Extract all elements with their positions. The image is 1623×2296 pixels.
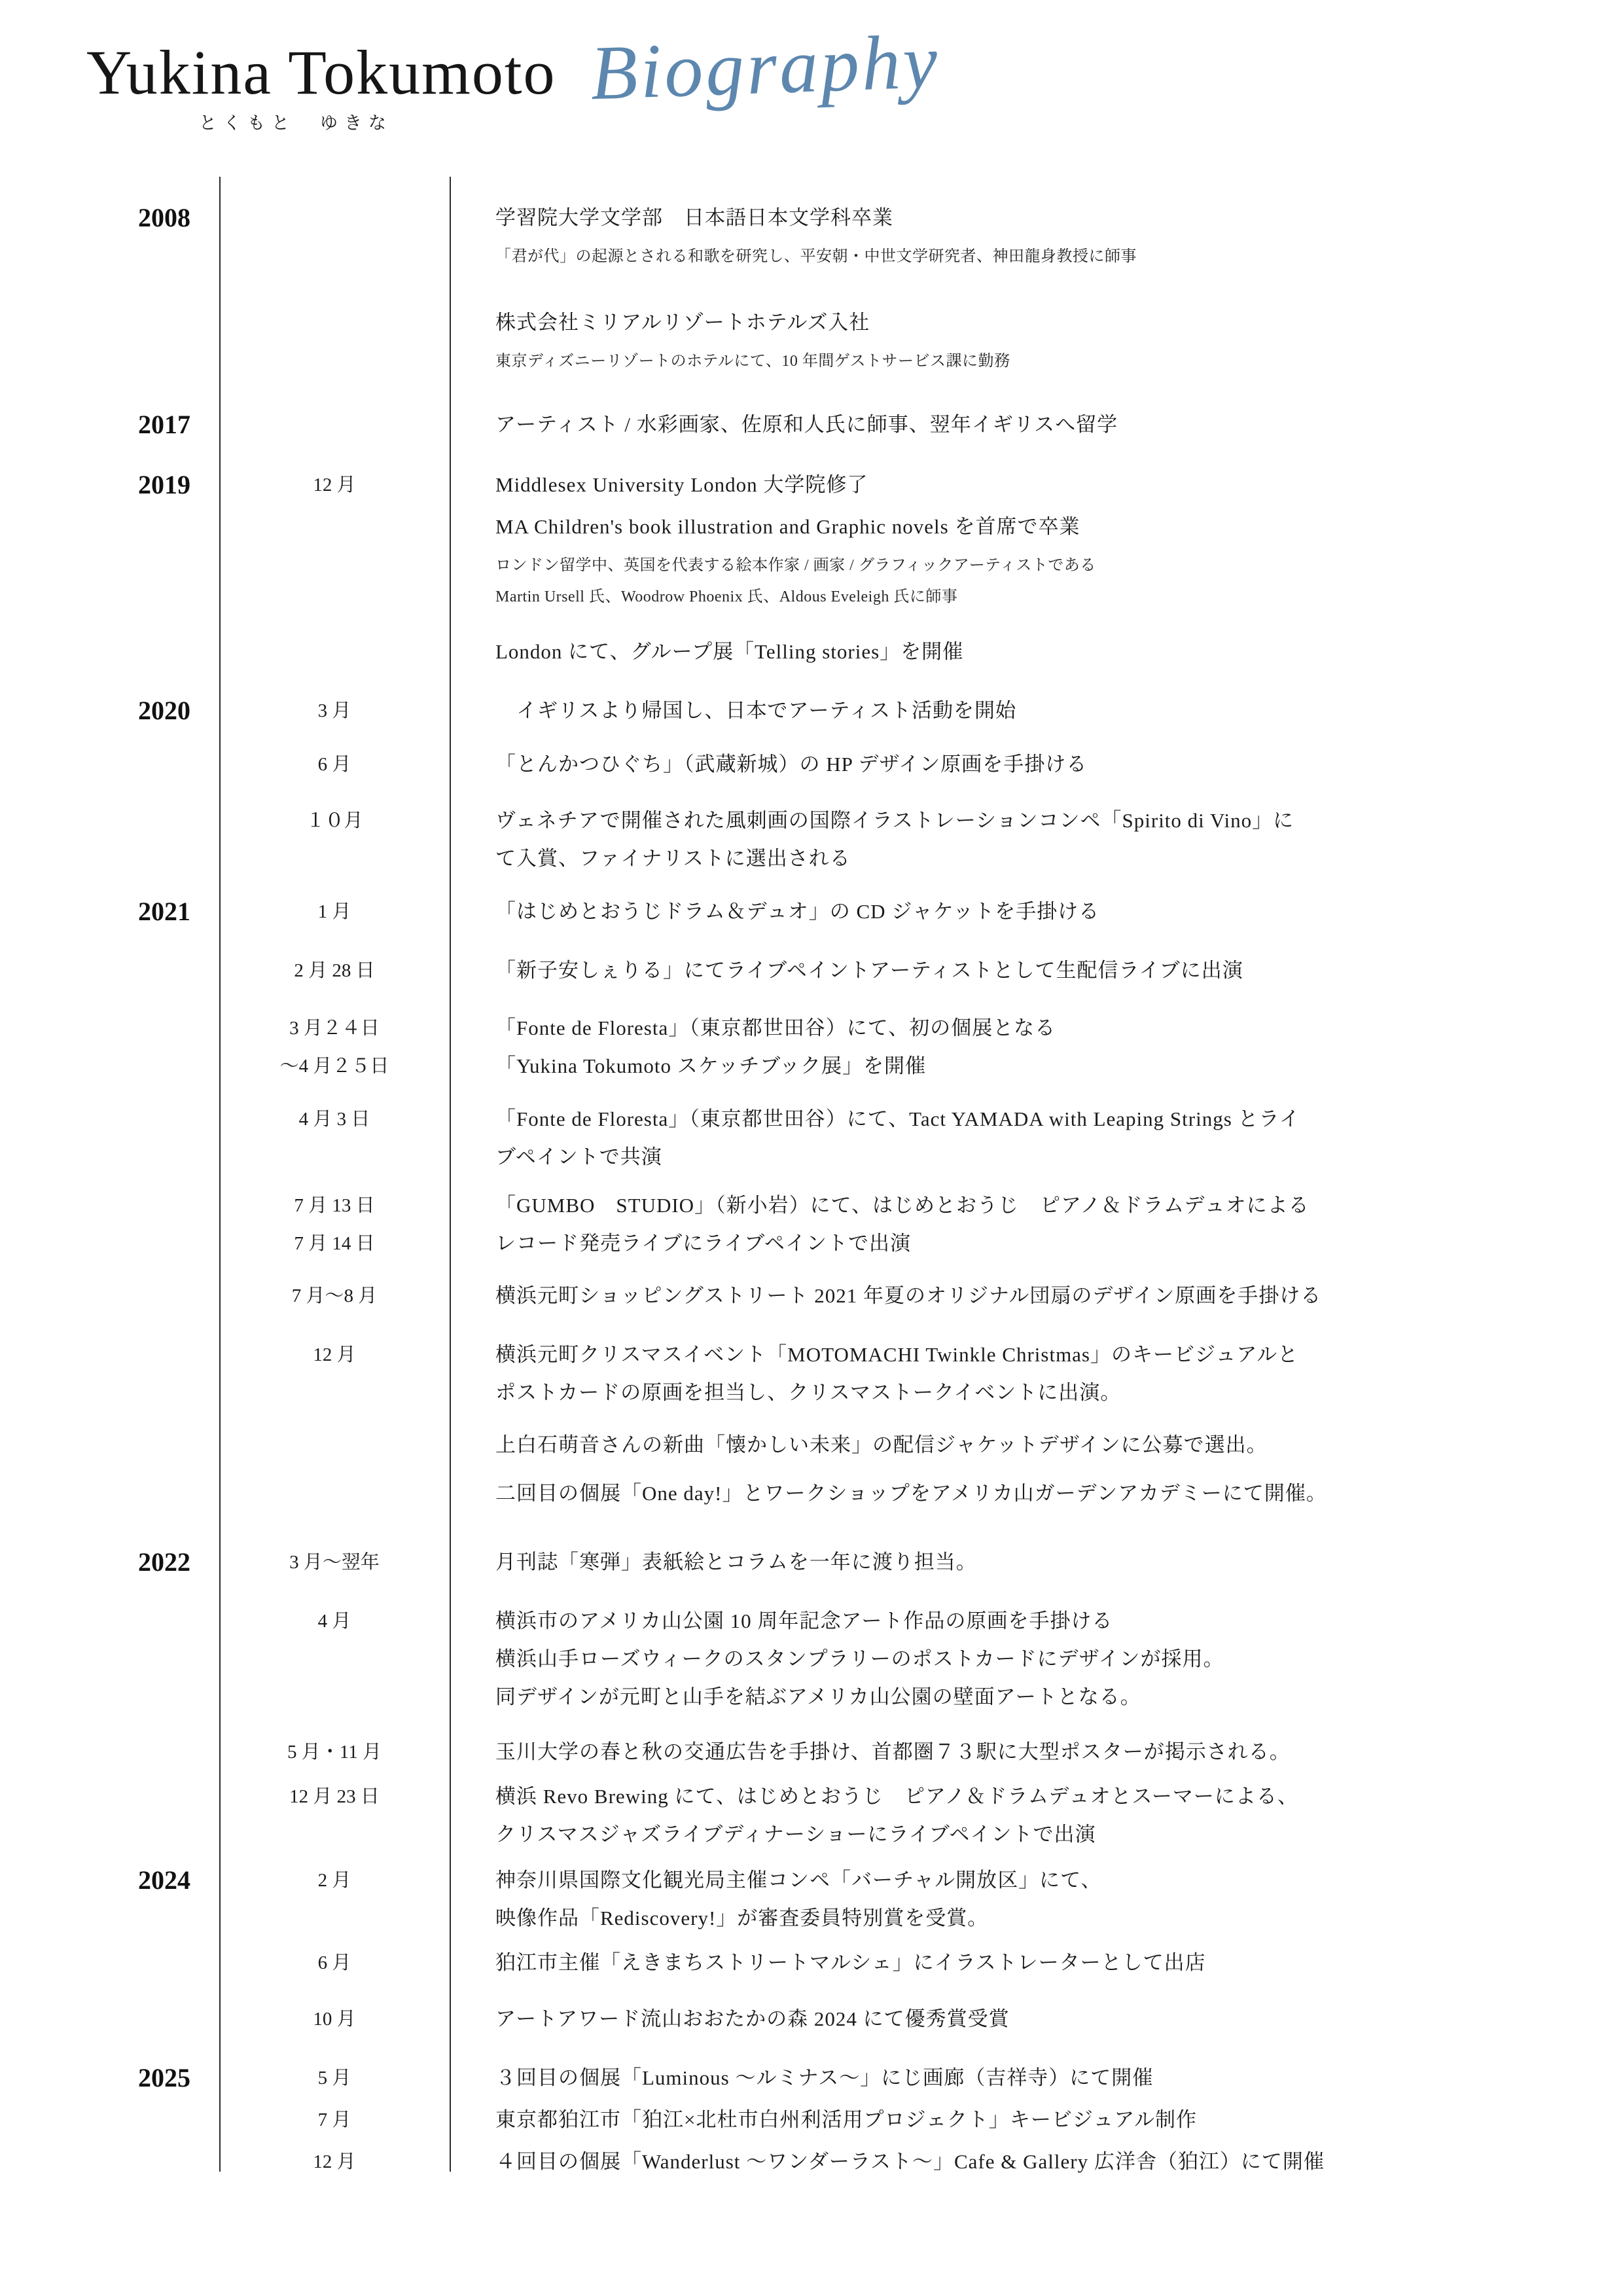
timeline-entry: 2021 1 月 「はじめとおうじドラム＆デュオ」の CD ジャケットを手掛ける bbox=[0, 893, 1623, 935]
timeline-entry: 7 月〜8 月 横浜元町ショッピングストリート 2021 年夏のオリジナル団扇の… bbox=[0, 1277, 1623, 1319]
entry-paragraph: 「Fonte de Floresta」（東京都世田谷）にて、初の個展となる 「Y… bbox=[495, 1009, 1564, 1085]
date-column: 12 月 bbox=[219, 1336, 450, 1374]
timeline-entry: 2025 5 月 ３回目の個展「Luminous 〜ルミナス〜」にじ画廊（吉祥寺… bbox=[0, 2059, 1623, 2101]
biography-page: { "header": { "name_latin": "Yukina Toku… bbox=[0, 0, 1623, 2296]
year-label: 2017 bbox=[138, 410, 190, 439]
entry-content: ヴェネチアで開催された風刺画の国際イラストレーションコンペ「Spirito di… bbox=[450, 802, 1623, 882]
date-line: 7 月 bbox=[219, 2101, 450, 2139]
timeline-entry: 2017 アーティスト / 水彩画家、佐原和人氏に師事、翌年イギリスへ留学 bbox=[0, 406, 1623, 448]
entry-content: 「とんかつひぐち」（武蔵新城）の HP デザイン原画を手掛ける bbox=[450, 745, 1623, 787]
timeline-entry: 6 月 狛江市主催「えきまちストリートマルシェ」にイラストレーターとして出店 bbox=[0, 1944, 1623, 1986]
date-column: 4 月 3 日 bbox=[219, 1100, 450, 1138]
date-line: 10 月 bbox=[219, 2000, 450, 2038]
entry-content: 狛江市主催「えきまちストリートマルシェ」にイラストレーターとして出店 bbox=[450, 1944, 1623, 1986]
date-line: 6 月 bbox=[219, 1944, 450, 1982]
date-column: 7 月 13 日7 月 14 日 bbox=[219, 1187, 450, 1263]
entry-paragraph: 横浜元町クリスマスイベント「MOTOMACHI Twinkle Christma… bbox=[495, 1336, 1564, 1412]
entry-paragraph: ヴェネチアで開催された風刺画の国際イラストレーションコンペ「Spirito di… bbox=[495, 802, 1564, 878]
year-label: 2008 bbox=[138, 203, 190, 232]
entry-paragraph: アートアワード流山おおたかの森 2024 にて優秀賞受賞 bbox=[495, 2000, 1564, 2038]
entry-content: 玉川大学の春と秋の交通広告を手掛け、首都圏７３駅に大型ポスターが掲示される。 bbox=[450, 1733, 1623, 1775]
entry-paragraph: London にて、グループ展「Telling stories」を開催 bbox=[495, 633, 1564, 671]
date-line: 3 月２４日 bbox=[219, 1009, 450, 1047]
timeline-entry: 4 月 横浜市のアメリカ山公園 10 周年記念アート作品の原画を手掛ける 横浜山… bbox=[0, 1602, 1623, 1720]
date-line: 1 月 bbox=[219, 893, 450, 931]
entry-content: アートアワード流山おおたかの森 2024 にて優秀賞受賞 bbox=[450, 2000, 1623, 2042]
timeline-entry: London にて、グループ展「Telling stories」を開催 bbox=[0, 633, 1623, 675]
entry-content: 東京都狛江市「狛江×北杜市白州利活用プロジェクト」キービジュアル制作 bbox=[450, 2101, 1623, 2143]
timeline-entry: 6 月 「とんかつひぐち」（武蔵新城）の HP デザイン原画を手掛ける bbox=[0, 745, 1623, 787]
entry-paragraph: 上白石萌音さんの新曲「懐かしい未来」の配信ジャケットデザインに公募で選出。 bbox=[495, 1426, 1564, 1464]
entry-content: 上白石萌音さんの新曲「懐かしい未来」の配信ジャケットデザインに公募で選出。 bbox=[450, 1426, 1623, 1468]
date-column: 2 月 bbox=[219, 1861, 450, 1899]
timeline-entry: 2022 3 月〜翌年 月刊誌「寒弾」表紙絵とコラムを一年に渡り担当。 bbox=[0, 1543, 1623, 1585]
date-column: 5 月・11 月 bbox=[219, 1733, 450, 1771]
year-column: 2017 bbox=[0, 406, 219, 444]
entry-paragraph: MA Children's book illustration and Grap… bbox=[495, 508, 1564, 546]
artist-name-block: Yukina Tokumoto とくもと ゆきな bbox=[86, 38, 556, 134]
entry-content: 横浜元町クリスマスイベント「MOTOMACHI Twinkle Christma… bbox=[450, 1336, 1623, 1416]
date-line: 2 月 28 日 bbox=[219, 952, 450, 990]
date-line: 5 月 bbox=[219, 2059, 450, 2097]
date-column: 6 月 bbox=[219, 745, 450, 783]
entry-paragraph: 「GUMBO STUDIO」（新小岩）にて、はじめとおうじ ピアノ＆ドラムデュオ… bbox=[495, 1187, 1564, 1263]
entry-paragraph: ４回目の個展「Wanderlust 〜ワンダーラスト〜」Cafe & Galle… bbox=[495, 2143, 1564, 2181]
date-column: 10 月 bbox=[219, 2000, 450, 2038]
timeline-entry: 7 月 13 日7 月 14 日 「GUMBO STUDIO」（新小岩）にて、は… bbox=[0, 1187, 1623, 1266]
entry-content: 「新子安しぇりる」にてライブペイントアーティストとして生配信ライブに出演 bbox=[450, 952, 1623, 994]
date-column: 5 月 bbox=[219, 2059, 450, 2097]
date-line: 5 月・11 月 bbox=[219, 1733, 450, 1771]
date-line: 7 月〜8 月 bbox=[219, 1277, 450, 1315]
date-column: １０月 bbox=[219, 802, 450, 840]
year-column: 2019 bbox=[0, 466, 219, 504]
date-column: 12 月 bbox=[219, 2143, 450, 2181]
year-label: 2022 bbox=[138, 1547, 190, 1577]
date-column: 3 月〜翌年 bbox=[219, 1543, 450, 1581]
year-label: 2024 bbox=[138, 1865, 190, 1895]
entry-paragraph: 横浜市のアメリカ山公園 10 周年記念アート作品の原画を手掛ける 横浜山手ローズ… bbox=[495, 1602, 1564, 1716]
entry-paragraph: 「君が代」の起源とされる和歌を研究し、平安朝・中世文学研究者、神田龍身教授に師事 bbox=[495, 241, 1564, 272]
entry-paragraph: 学習院大学文学部 日本語日本文学科卒業 bbox=[495, 199, 1564, 237]
timeline-entry: 12 月 23 日 横浜 Revo Brewing にて、はじめとおうじ ピアノ… bbox=[0, 1778, 1623, 1857]
entry-paragraph: 「新子安しぇりる」にてライブペイントアーティストとして生配信ライブに出演 bbox=[495, 952, 1564, 990]
date-line: 12 月 bbox=[219, 466, 450, 504]
date-line: 2 月 bbox=[219, 1861, 450, 1899]
entry-content: London にて、グループ展「Telling stories」を開催 bbox=[450, 633, 1623, 675]
timeline-entry: 12 月 横浜元町クリスマスイベント「MOTOMACHI Twinkle Chr… bbox=[0, 1336, 1623, 1416]
date-line: １０月 bbox=[219, 802, 450, 840]
entry-paragraph: 株式会社ミリアルリゾートホテルズ入社 bbox=[495, 304, 1564, 342]
entry-paragraph: イギリスより帰国し、日本でアーティスト活動を開始 bbox=[495, 692, 1564, 730]
year-column: 2020 bbox=[0, 692, 219, 730]
entry-paragraph: 「とんかつひぐち」（武蔵新城）の HP デザイン原画を手掛ける bbox=[495, 745, 1564, 783]
date-column: 2 月 28 日 bbox=[219, 952, 450, 990]
timeline-entry: 2020 3 月 イギリスより帰国し、日本でアーティスト活動を開始 bbox=[0, 692, 1623, 734]
timeline: 2008 学習院大学文学部 日本語日本文学科卒業「君が代」の起源とされる和歌を研… bbox=[0, 177, 1623, 2211]
entry-content: Middlesex University London 大学院修了MA Chil… bbox=[450, 466, 1623, 617]
entry-content: 月刊誌「寒弾」表紙絵とコラムを一年に渡り担当。 bbox=[450, 1543, 1623, 1585]
date-column: 12 月 23 日 bbox=[219, 1778, 450, 1816]
year-column: 2022 bbox=[0, 1543, 219, 1581]
date-line: 〜4 月２５日 bbox=[219, 1047, 450, 1085]
year-column: 2008 bbox=[0, 199, 219, 237]
entry-content: 学習院大学文学部 日本語日本文学科卒業「君が代」の起源とされる和歌を研究し、平安… bbox=[450, 199, 1623, 276]
date-column: 4 月 bbox=[219, 1602, 450, 1640]
timeline-entry: 上白石萌音さんの新曲「懐かしい未来」の配信ジャケットデザインに公募で選出。 bbox=[0, 1426, 1623, 1468]
entry-paragraph: 横浜元町ショッピングストリート 2021 年夏のオリジナル団扇のデザイン原画を手… bbox=[495, 1277, 1564, 1315]
timeline-entry: 3 月２４日〜4 月２５日 「Fonte de Floresta」（東京都世田谷… bbox=[0, 1009, 1623, 1089]
divider-line-date bbox=[450, 177, 451, 2172]
timeline-entry: 2024 2 月 神奈川県国際文化観光局主催コンペ「バーチャル開放区」にて、 映… bbox=[0, 1861, 1623, 1941]
entry-content: 横浜元町ショッピングストリート 2021 年夏のオリジナル団扇のデザイン原画を手… bbox=[450, 1277, 1623, 1319]
date-line: 12 月 bbox=[219, 2143, 450, 2181]
date-column: 3 月 bbox=[219, 692, 450, 730]
date-line: 7 月 14 日 bbox=[219, 1225, 450, 1263]
timeline-entry: 7 月 東京都狛江市「狛江×北杜市白州利活用プロジェクト」キービジュアル制作 bbox=[0, 2101, 1623, 2143]
date-column: 1 月 bbox=[219, 893, 450, 931]
year-label: 2021 bbox=[138, 897, 190, 926]
artist-name: Yukina Tokumoto bbox=[86, 38, 556, 107]
entry-paragraph: 神奈川県国際文化観光局主催コンペ「バーチャル開放区」にて、 映像作品「Redis… bbox=[495, 1861, 1564, 1937]
entry-content: 株式会社ミリアルリゾートホテルズ入社東京ディズニーリゾートのホテルにて、10 年… bbox=[450, 304, 1623, 381]
timeline-entry: 2 月 28 日 「新子安しぇりる」にてライブペイントアーティストとして生配信ラ… bbox=[0, 952, 1623, 994]
date-line: 3 月 bbox=[219, 692, 450, 730]
timeline-entry: 12 月 ４回目の個展「Wanderlust 〜ワンダーラスト〜」Cafe & … bbox=[0, 2143, 1623, 2185]
timeline-entry: 2019 12 月 Middlesex University London 大学… bbox=[0, 466, 1623, 617]
artist-name-furigana: とくもと ゆきな bbox=[199, 109, 556, 134]
entry-paragraph: 「Fonte de Floresta」（東京都世田谷）にて、Tact YAMAD… bbox=[495, 1100, 1564, 1176]
entry-content: 「Fonte de Floresta」（東京都世田谷）にて、初の個展となる 「Y… bbox=[450, 1009, 1623, 1089]
entry-paragraph: ３回目の個展「Luminous 〜ルミナス〜」にじ画廊（吉祥寺）にて開催 bbox=[495, 2059, 1564, 2097]
entry-content: 「GUMBO STUDIO」（新小岩）にて、はじめとおうじ ピアノ＆ドラムデュオ… bbox=[450, 1187, 1623, 1266]
year-label: 2019 bbox=[138, 470, 190, 499]
entry-content: 横浜市のアメリカ山公園 10 周年記念アート作品の原画を手掛ける 横浜山手ローズ… bbox=[450, 1602, 1623, 1720]
entry-paragraph: 二回目の個展「One day!」とワークショップをアメリカ山ガーデンアカデミーに… bbox=[495, 1475, 1564, 1513]
entry-paragraph: 横浜 Revo Brewing にて、はじめとおうじ ピアノ＆ドラムデュオとスー… bbox=[495, 1778, 1564, 1854]
entry-content: 神奈川県国際文化観光局主催コンペ「バーチャル開放区」にて、 映像作品「Redis… bbox=[450, 1861, 1623, 1941]
biography-script-title: Biography bbox=[589, 23, 941, 113]
entry-content: イギリスより帰国し、日本でアーティスト活動を開始 bbox=[450, 692, 1623, 734]
entry-paragraph: 月刊誌「寒弾」表紙絵とコラムを一年に渡り担当。 bbox=[495, 1543, 1564, 1581]
date-line: 4 月 bbox=[219, 1602, 450, 1640]
date-column: 7 月〜8 月 bbox=[219, 1277, 450, 1315]
entry-content: 横浜 Revo Brewing にて、はじめとおうじ ピアノ＆ドラムデュオとスー… bbox=[450, 1778, 1623, 1857]
date-column: 6 月 bbox=[219, 1944, 450, 1982]
date-line: 6 月 bbox=[219, 745, 450, 783]
entry-paragraph: 東京都狛江市「狛江×北杜市白州利活用プロジェクト」キービジュアル制作 bbox=[495, 2101, 1564, 2139]
entry-content: 「Fonte de Floresta」（東京都世田谷）にて、Tact YAMAD… bbox=[450, 1100, 1623, 1180]
entry-content: アーティスト / 水彩画家、佐原和人氏に師事、翌年イギリスへ留学 bbox=[450, 406, 1623, 448]
timeline-entry: 5 月・11 月 玉川大学の春と秋の交通広告を手掛け、首都圏７３駅に大型ポスター… bbox=[0, 1733, 1623, 1775]
entry-paragraph: Middlesex University London 大学院修了 bbox=[495, 466, 1564, 504]
year-column: 2025 bbox=[0, 2059, 219, 2097]
entry-paragraph: 東京ディズニーリゾートのホテルにて、10 年間ゲストサービス課に勤務 bbox=[495, 346, 1564, 377]
timeline-entry: 4 月 3 日 「Fonte de Floresta」（東京都世田谷）にて、Ta… bbox=[0, 1100, 1623, 1180]
year-label: 2025 bbox=[138, 2063, 190, 2092]
divider-line-year bbox=[219, 177, 221, 2172]
entry-content: 二回目の個展「One day!」とワークショップをアメリカ山ガーデンアカデミーに… bbox=[450, 1475, 1623, 1516]
date-column: 7 月 bbox=[219, 2101, 450, 2139]
timeline-entry: 二回目の個展「One day!」とワークショップをアメリカ山ガーデンアカデミーに… bbox=[0, 1475, 1623, 1516]
date-line: 12 月 23 日 bbox=[219, 1778, 450, 1816]
entry-paragraph: 「はじめとおうじドラム＆デュオ」の CD ジャケットを手掛ける bbox=[495, 893, 1564, 931]
date-column: 12 月 bbox=[219, 466, 450, 504]
year-column: 2021 bbox=[0, 893, 219, 931]
entry-content: 「はじめとおうじドラム＆デュオ」の CD ジャケットを手掛ける bbox=[450, 893, 1623, 935]
timeline-entry: １０月 ヴェネチアで開催された風刺画の国際イラストレーションコンペ「Spirit… bbox=[0, 802, 1623, 882]
entry-content: ３回目の個展「Luminous 〜ルミナス〜」にじ画廊（吉祥寺）にて開催 bbox=[450, 2059, 1623, 2101]
date-line: 7 月 13 日 bbox=[219, 1187, 450, 1225]
entry-content: ４回目の個展「Wanderlust 〜ワンダーラスト〜」Cafe & Galle… bbox=[450, 2143, 1623, 2185]
entry-paragraph: ロンドン留学中、英国を代表する絵本作家 / 画家 / グラフィックアーティストで… bbox=[495, 550, 1564, 613]
entry-paragraph: アーティスト / 水彩画家、佐原和人氏に師事、翌年イギリスへ留学 bbox=[495, 406, 1564, 444]
timeline-entry: 2008 学習院大学文学部 日本語日本文学科卒業「君が代」の起源とされる和歌を研… bbox=[0, 199, 1623, 276]
date-column: 3 月２４日〜4 月２５日 bbox=[219, 1009, 450, 1085]
header: Yukina Tokumoto とくもと ゆきな Biography bbox=[0, 38, 1623, 177]
date-line: 4 月 3 日 bbox=[219, 1100, 450, 1138]
entry-paragraph: 玉川大学の春と秋の交通広告を手掛け、首都圏７３駅に大型ポスターが掲示される。 bbox=[495, 1733, 1564, 1771]
entry-paragraph: 狛江市主催「えきまちストリートマルシェ」にイラストレーターとして出店 bbox=[495, 1944, 1564, 1982]
timeline-entry: 10 月 アートアワード流山おおたかの森 2024 にて優秀賞受賞 bbox=[0, 2000, 1623, 2042]
date-line: 3 月〜翌年 bbox=[219, 1543, 450, 1581]
date-line: 12 月 bbox=[219, 1336, 450, 1374]
timeline-entry: 株式会社ミリアルリゾートホテルズ入社東京ディズニーリゾートのホテルにて、10 年… bbox=[0, 304, 1623, 381]
year-label: 2020 bbox=[138, 696, 190, 725]
year-column: 2024 bbox=[0, 1861, 219, 1899]
